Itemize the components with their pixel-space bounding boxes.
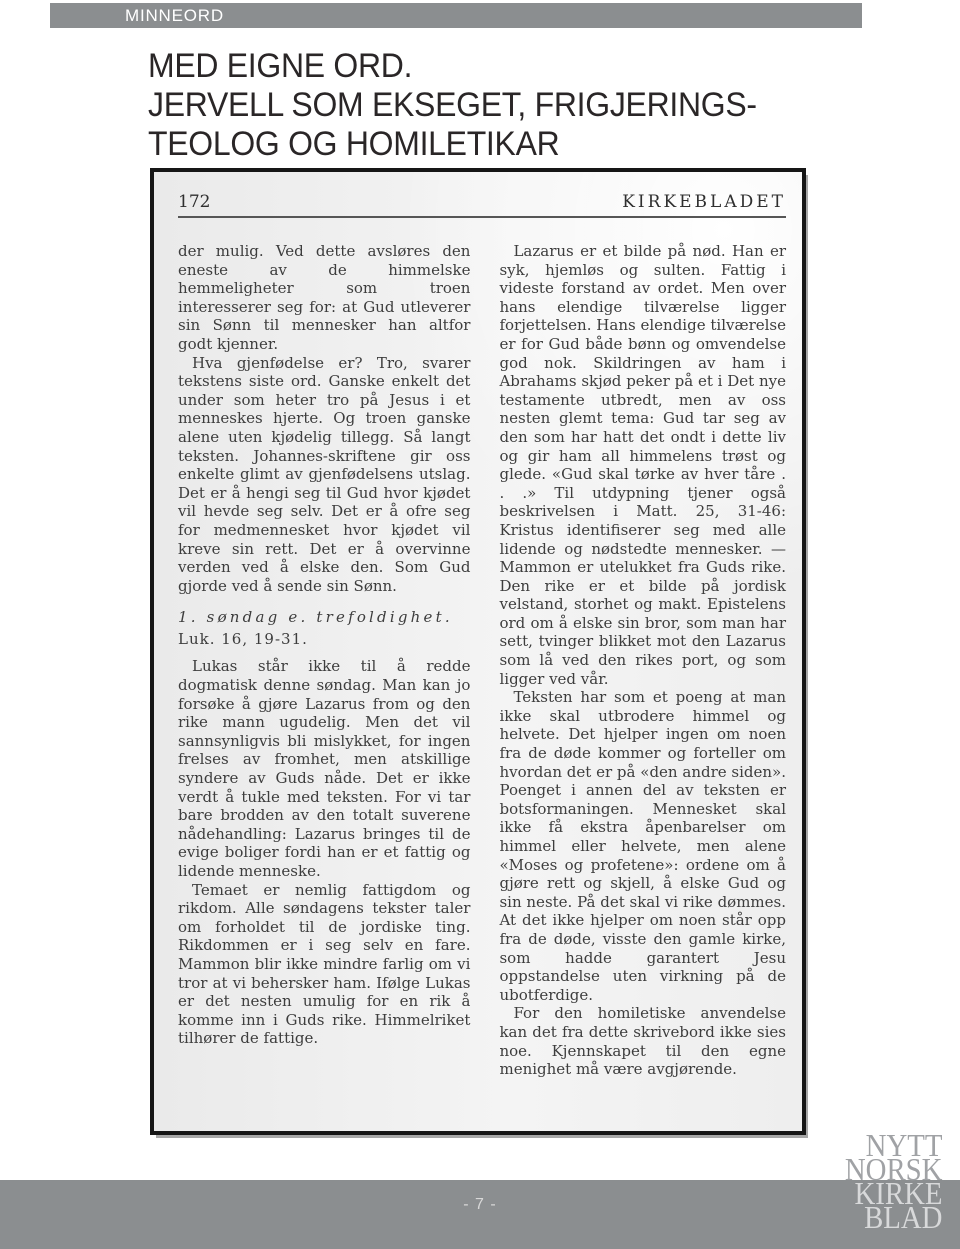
article-title-line: MED EIGNE ORD.	[148, 47, 750, 86]
article-title: MED EIGNE ORD. JERVELL SOM EKSEGET, FRIG…	[148, 47, 750, 164]
category-label: MINNEORD	[125, 6, 224, 25]
paragraph: Teksten har som et poeng at man ikke ska…	[499, 688, 786, 1004]
scan-page-number: 172	[178, 192, 210, 212]
footer-page-number: - 7 -	[0, 1196, 960, 1214]
document-page: MINNEORD MED EIGNE ORD. JERVELL SOM EKSE…	[0, 0, 960, 1249]
paragraph: Hva gjenfødelse er? Tro, svarer tekstens…	[178, 354, 470, 596]
scan-journal-title: KIRKEBLADET	[622, 192, 786, 212]
paragraph: Lazarus er et bilde på nød. Han er syk, …	[499, 242, 786, 688]
paragraph: Lukas står ikke til å redde dogmatisk de…	[178, 657, 470, 880]
footer-bar: - 7 -	[0, 1180, 960, 1249]
journal-logo: NYTT NORSK KIRKE BLAD	[844, 1133, 942, 1229]
scanned-page-image: 172 KIRKEBLADET der mulig. Ved dette avs…	[150, 168, 806, 1135]
category-bar: MINNEORD	[50, 3, 862, 28]
paragraph: For den homiletiske anvendelse kan det f…	[499, 1004, 786, 1078]
article-title-line: JERVELL SOM EKSEGET, FRIGJERINGS-	[148, 86, 750, 125]
paragraph: der mulig. Ved dette avsløres den eneste…	[178, 242, 470, 354]
right-column: Lazarus er et bilde på nød. Han er syk, …	[499, 242, 786, 1079]
paragraph: Temaet er nemlig fattigdom og rikdom. Al…	[178, 881, 470, 1048]
scan-text-columns: der mulig. Ved dette avsløres den eneste…	[178, 242, 786, 1079]
section-heading: 1. søndag e. trefoldighet.	[178, 608, 470, 627]
section-scripture-ref: Luk. 16, 19-31.	[178, 630, 470, 649]
scan-header: 172 KIRKEBLADET	[178, 192, 786, 218]
left-column: der mulig. Ved dette avsløres den eneste…	[178, 242, 470, 1079]
article-title-line: TEOLOG OG HOMILETIKAR	[148, 125, 750, 164]
